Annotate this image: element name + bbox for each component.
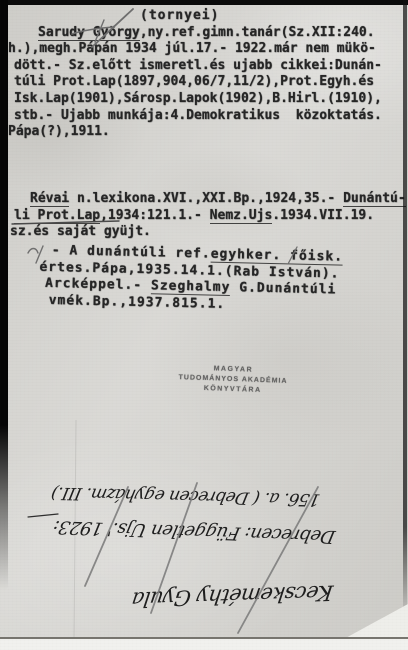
typed-text: ,ny.ref.gimn.tanár(Sz.XII:240.	[140, 25, 375, 40]
typed-line: sz.és saját gyüjt.	[10, 224, 406, 241]
typed-line: (tornyei)	[140, 8, 382, 25]
underlined-text: li Prot.Lap	[14, 208, 100, 224]
typed-text: - A dunántúli ref.	[52, 243, 211, 262]
typed-paragraph-sources: Révai n.lexikona.XVI.,XXI.Bp.,1924,35.- …	[8, 191, 406, 241]
typed-line: h.),megh.Pápán 1934 júl.17.- 1922.már ne…	[8, 41, 382, 58]
typed-text: vmék.Bp.,1937.815.1.	[49, 293, 226, 312]
underlined-text: Sarudy György	[38, 25, 140, 41]
typed-text: n.lexikona.XVI.,XXI.Bp.,1924,35.-	[69, 191, 343, 206]
typed-line: stb.- Ujabb munkája:4.Demokratikus közok…	[14, 108, 382, 125]
typed-line: li Prot.Lap,1934:121.1.- Nemz.Ujs.1934.V…	[14, 208, 406, 225]
paper-corner-cut	[342, 604, 408, 640]
scan-edge-right	[403, 0, 407, 620]
typed-line: Pápa(?),1911.	[8, 124, 382, 141]
typed-text: Arcképpel.-	[45, 276, 151, 293]
typed-line: túli Prot.Lap(1897,904,06/7,11/2),Prot.E…	[14, 74, 382, 91]
typed-text: dött.- Sz.előtt ismeretl.és ujabb cikkei…	[14, 58, 382, 73]
underlined-text: Révai	[30, 191, 69, 207]
typed-line: Isk.Lap(1901),Sárosp.Lapok(1902),B.Hirl.…	[14, 91, 382, 108]
typed-text: G.Dunántúli	[230, 280, 336, 297]
handwritten-citation-page: 156. a. ( Debrecen egyházm. III.)	[25, 482, 347, 510]
scan-edge-top	[0, 0, 408, 5]
typed-text: sz.és saját gyüjt.	[10, 224, 151, 239]
handwritten-citation-source: Debrecen: Független Ujs.' 1923:	[28, 515, 361, 548]
typed-text: (tornyei)	[140, 8, 219, 23]
underlined-text: Szeghalmy	[151, 278, 231, 296]
scan-edge-bottom	[0, 637, 408, 650]
catalog-card-scan: (tornyei)Sarudy György,ny.ref.gimn.tanár…	[0, 0, 408, 650]
typed-line: Révai n.lexikona.XVI.,XXI.Bp.,1924,35.- …	[30, 191, 406, 208]
scan-edge-left	[0, 0, 8, 590]
typed-text: Pápa(?),1911.	[8, 124, 110, 139]
typed-text: túli Prot.Lap(1897,904,06/7,11/2),Prot.E…	[14, 74, 374, 89]
typed-paragraph-biography: (tornyei)Sarudy György,ny.ref.gimn.tanár…	[8, 8, 382, 141]
typed-line: Sarudy György,ny.ref.gimn.tanár(Sz.XII:2…	[38, 25, 382, 42]
handwritten-signature: Kecskeméthy Gyula	[112, 580, 355, 612]
typed-text: .1934.VII.19.	[272, 208, 374, 223]
typed-text: stb.- Ujabb munkája:4.Demokratikus közok…	[14, 108, 382, 123]
underlined-text: Nemz.Ujs	[210, 208, 273, 224]
typed-text: ,1934:121.1.-	[100, 208, 210, 223]
typed-line: dött.- Sz.előtt ismeretl.és ujabb cikkei…	[14, 58, 382, 75]
typed-text: h.),megh.Pápán 1934 júl.17.- 1922.már ne…	[8, 41, 376, 56]
typed-paragraph-references: - A dunántúli ref.egyhker. főisk.értes.P…	[6, 242, 343, 316]
library-stamp: MAGYAR TUDOMÁNYOS AKADÉMIA KÖNYVTÁRA	[168, 364, 299, 396]
stamp-line: KÖNYVTÁRA	[168, 384, 298, 396]
underlined-text: Dunántú-	[343, 191, 406, 207]
typed-text: Isk.Lap(1901),Sárosp.Lapok(1902),B.Hirl.…	[14, 91, 382, 106]
